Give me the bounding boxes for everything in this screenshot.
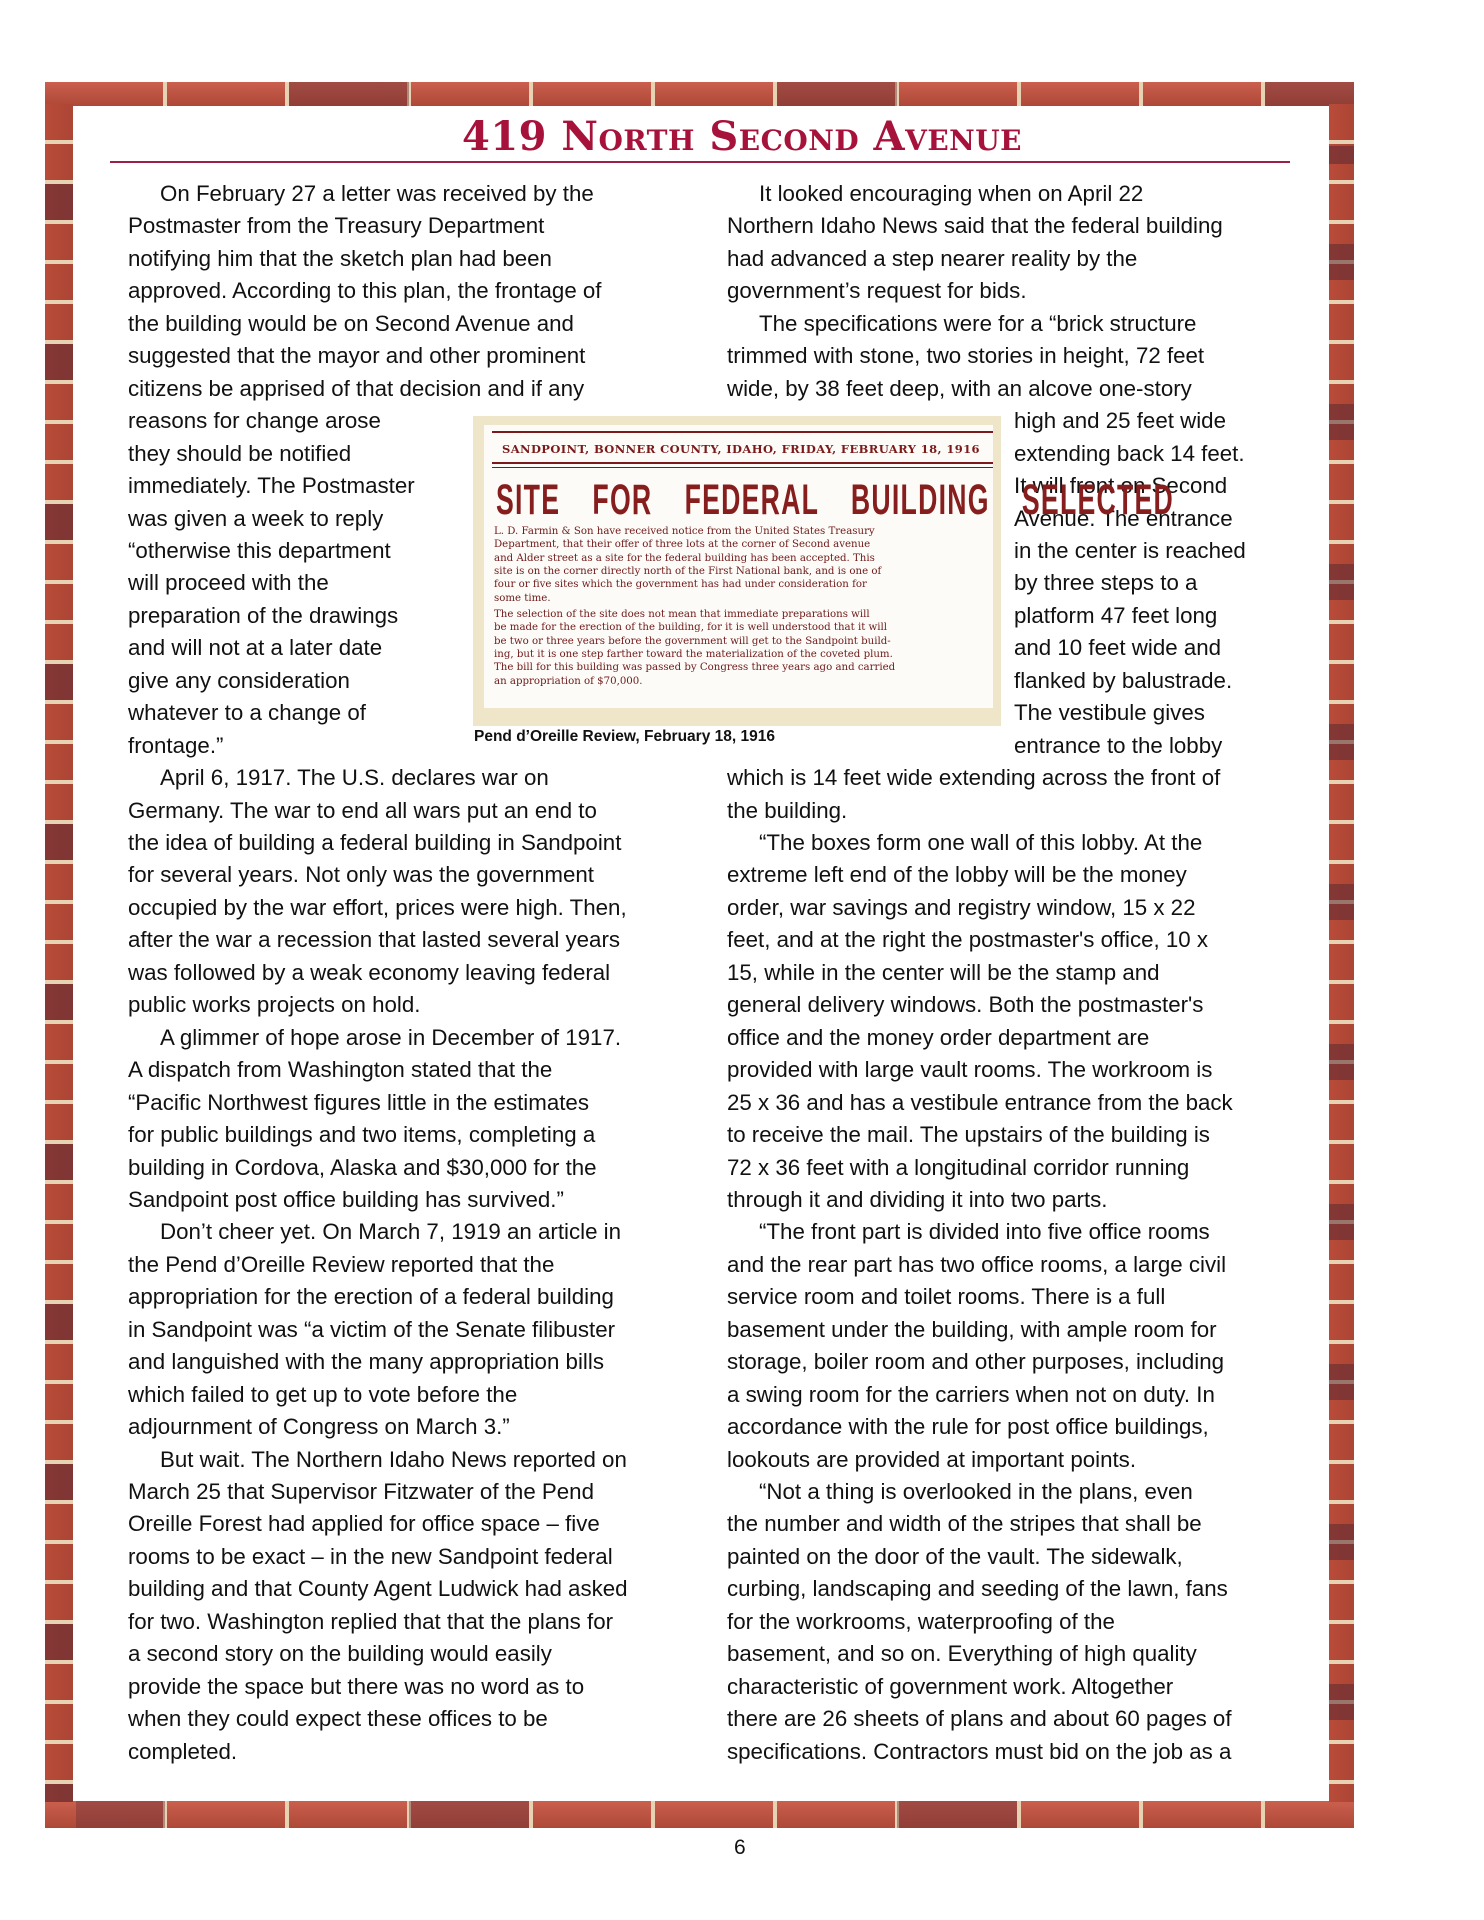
- text-line: entrance to the lobby: [1014, 731, 1222, 761]
- text-line: basement, and so on. Everything of high …: [727, 1639, 1197, 1669]
- clipping-rule: [492, 462, 993, 464]
- text-line: and the rear part has two office rooms, …: [727, 1250, 1226, 1280]
- text-line: extreme left end of the lobby will be th…: [727, 860, 1187, 890]
- text-line: there are 26 sheets of plans and about 6…: [727, 1704, 1232, 1734]
- text-line: for the workrooms, waterproofing of the: [727, 1607, 1115, 1637]
- text-line: occupied by the war effort, prices were …: [128, 893, 627, 923]
- clipping-text-line: Department, that their offer of three lo…: [494, 538, 870, 551]
- text-line: Postmaster from the Treasury Department: [128, 211, 544, 241]
- text-line: completed.: [128, 1737, 237, 1767]
- text-line: notifying him that the sketch plan had b…: [128, 244, 552, 274]
- clipping-text-line: The bill for this building was passed by…: [494, 661, 895, 674]
- text-line: 25 x 36 and has a vestibule entrance fro…: [727, 1088, 1233, 1118]
- text-line: Sandpoint post office building has survi…: [128, 1185, 564, 1215]
- text-line: public works projects on hold.: [128, 990, 420, 1020]
- text-line: give any consideration: [128, 666, 350, 696]
- text-line: order, war savings and registry window, …: [727, 893, 1195, 923]
- text-line: the idea of building a federal building …: [128, 828, 621, 858]
- text-line: Germany. The war to end all wars put an …: [128, 796, 597, 826]
- text-line: in the center is reached: [1014, 536, 1246, 566]
- brick-border-bottom: [45, 1801, 1354, 1828]
- text-line: preparation of the drawings: [128, 601, 398, 631]
- text-line: and languished with the many appropriati…: [128, 1347, 604, 1377]
- text-line: government’s request for bids.: [727, 276, 1027, 306]
- text-line: curbing, landscaping and seeding of the …: [727, 1574, 1228, 1604]
- brick-border-top: [45, 82, 1354, 106]
- text-line: trimmed with stone, two stories in heigh…: [727, 341, 1204, 371]
- text-line: reasons for change arose: [128, 406, 381, 436]
- text-line: “The front part is divided into five off…: [759, 1217, 1210, 1247]
- text-line: Northern Idaho News said that the federa…: [727, 211, 1223, 241]
- text-line: and 10 feet wide and: [1014, 633, 1221, 663]
- text-line: March 25 that Supervisor Fitzwater of th…: [128, 1477, 594, 1507]
- text-line: Oreille Forest had applied for office sp…: [128, 1509, 600, 1539]
- text-line: basement under the building, with ample …: [727, 1315, 1217, 1345]
- page-number: 6: [734, 1836, 746, 1860]
- text-line: building and that County Agent Ludwick h…: [128, 1574, 628, 1604]
- clipping-rule: [492, 467, 993, 468]
- text-line: characteristic of government work. Altog…: [727, 1672, 1173, 1702]
- text-line: and will not at a later date: [128, 633, 382, 663]
- clipping-text-line: and Alder street as a site for the feder…: [494, 552, 875, 565]
- text-line: suggested that the mayor and other promi…: [128, 341, 585, 371]
- text-line: for several years. Not only was the gove…: [128, 860, 594, 890]
- clipping-dateline: SANDPOINT, BONNER COUNTY, IDAHO, FRIDAY,…: [502, 442, 980, 456]
- text-line: through it and dividing it into two part…: [727, 1185, 1108, 1215]
- text-line: provided with large vault rooms. The wor…: [727, 1055, 1212, 1085]
- text-line: was given a week to reply: [128, 504, 383, 534]
- text-line: lookouts are provided at important point…: [727, 1445, 1136, 1475]
- clipping-text-line: site is on the corner directly north of …: [494, 565, 881, 578]
- text-line: after the war a recession that lasted se…: [128, 925, 620, 955]
- text-line: frontage.”: [128, 731, 223, 761]
- text-line: 72 x 36 feet with a longitudinal corrido…: [727, 1153, 1189, 1183]
- text-line: 15, while in the center will be the stam…: [727, 958, 1160, 988]
- brick-border-right: [1329, 104, 1354, 1802]
- text-line: immediately. The Postmaster: [128, 471, 415, 501]
- text-line: when they could expect these offices to …: [128, 1704, 548, 1734]
- text-line: high and 25 feet wide: [1014, 406, 1226, 436]
- text-line: citizens be apprised of that decision an…: [128, 374, 584, 404]
- text-line: office and the money order department ar…: [727, 1023, 1149, 1053]
- text-line: had advanced a step nearer reality by th…: [727, 244, 1137, 274]
- text-line: flanked by balustrade.: [1014, 666, 1232, 696]
- clipping-text-line: some time.: [494, 592, 551, 605]
- newspaper-clipping: SANDPOINT, BONNER COUNTY, IDAHO, FRIDAY,…: [473, 416, 1001, 726]
- text-line: whatever to a change of: [128, 698, 366, 728]
- text-line: A glimmer of hope arose in December of 1…: [160, 1023, 621, 1053]
- text-line: which failed to get up to vote before th…: [128, 1380, 517, 1410]
- text-line: general delivery windows. Both the postm…: [727, 990, 1203, 1020]
- text-line: accordance with the rule for post office…: [727, 1412, 1209, 1442]
- clipping-text-line: be made for the erection of the building…: [494, 621, 887, 634]
- text-line: appropriation for the erection of a fede…: [128, 1282, 614, 1312]
- text-line: they should be notified: [128, 439, 351, 469]
- text-line: for two. Washington replied that that th…: [128, 1607, 613, 1637]
- text-line: “Not a thing is overlooked in the plans,…: [759, 1477, 1193, 1507]
- text-line: a second story on the building would eas…: [128, 1639, 552, 1669]
- text-line: The vestibule gives: [1014, 698, 1205, 728]
- text-line: wide, by 38 feet deep, with an alcove on…: [727, 374, 1192, 404]
- text-line: for public buildings and two items, comp…: [128, 1120, 595, 1150]
- clipping-text-line: four or five sites which the government …: [494, 578, 867, 591]
- text-line: It looked encouraging when on April 22: [759, 179, 1143, 209]
- text-line: “The boxes form one wall of this lobby. …: [759, 828, 1202, 858]
- clipping-text-line: L. D. Farmin & Son have received notice …: [494, 525, 875, 538]
- text-line: a swing room for the carriers when not o…: [727, 1380, 1215, 1410]
- clipping-caption: Pend d’Oreille Review, February 18, 1916: [474, 728, 775, 746]
- brick-border-left: [45, 104, 73, 1802]
- text-line: platform 47 feet long: [1014, 601, 1217, 631]
- text-line: On February 27 a letter was received by …: [160, 179, 594, 209]
- text-line: A dispatch from Washington stated that t…: [128, 1055, 552, 1085]
- clipping-paper: SANDPOINT, BONNER COUNTY, IDAHO, FRIDAY,…: [484, 425, 993, 708]
- title-rule: [110, 161, 1290, 163]
- text-line: painted on the door of the vault. The si…: [727, 1542, 1183, 1572]
- text-line: extending back 14 feet.: [1014, 439, 1245, 469]
- text-line: the building.: [727, 796, 847, 826]
- text-line: was followed by a weak economy leaving f…: [128, 958, 610, 988]
- clipping-text-line: ing, but it is one step farther toward t…: [494, 648, 893, 661]
- clipping-text-line: an appropriation of $70,000.: [494, 675, 643, 688]
- clipping-rule: [492, 431, 993, 433]
- text-line: The specifications were for a “brick str…: [759, 309, 1196, 339]
- text-line: specifications. Contractors must bid on …: [727, 1737, 1231, 1767]
- text-line: building in Cordova, Alaska and $30,000 …: [128, 1153, 597, 1183]
- text-line: the number and width of the stripes that…: [727, 1509, 1202, 1539]
- text-line: Don’t cheer yet. On March 7, 1919 an art…: [160, 1217, 621, 1247]
- text-line: April 6, 1917. The U.S. declares war on: [160, 763, 549, 793]
- text-line: “otherwise this department: [128, 536, 391, 566]
- text-line: feet, and at the right the postmaster's …: [727, 925, 1208, 955]
- page-title: 419 North Second Avenue: [0, 113, 1484, 160]
- text-line: storage, boiler room and other purposes,…: [727, 1347, 1224, 1377]
- text-line: the Pend d’Oreille Review reported that …: [128, 1250, 554, 1280]
- text-line: to receive the mail. The upstairs of the…: [727, 1120, 1210, 1150]
- text-line: “Pacific Northwest figures little in the…: [128, 1088, 589, 1118]
- text-line: by three steps to a: [1014, 568, 1197, 598]
- clipping-text-line: be two or three years before the governm…: [494, 635, 891, 648]
- text-line: which is 14 feet wide extending across t…: [727, 763, 1220, 793]
- text-line: But wait. The Northern Idaho News report…: [160, 1445, 627, 1475]
- clipping-headline: SITE FOR FEDERAL BUILDING SELECTED: [496, 476, 1174, 525]
- text-line: the building would be on Second Avenue a…: [128, 309, 574, 339]
- text-line: approved. According to this plan, the fr…: [128, 276, 602, 306]
- text-line: in Sandpoint was “a victim of the Senate…: [128, 1315, 615, 1345]
- clipping-text-line: The selection of the site does not mean …: [494, 608, 870, 621]
- text-line: rooms to be exact – in the new Sandpoint…: [128, 1542, 613, 1572]
- text-line: will proceed with the: [128, 568, 329, 598]
- text-line: provide the space but there was no word …: [128, 1672, 584, 1702]
- text-line: adjournment of Congress on March 3.”: [128, 1412, 510, 1442]
- text-line: service room and toilet rooms. There is …: [727, 1282, 1165, 1312]
